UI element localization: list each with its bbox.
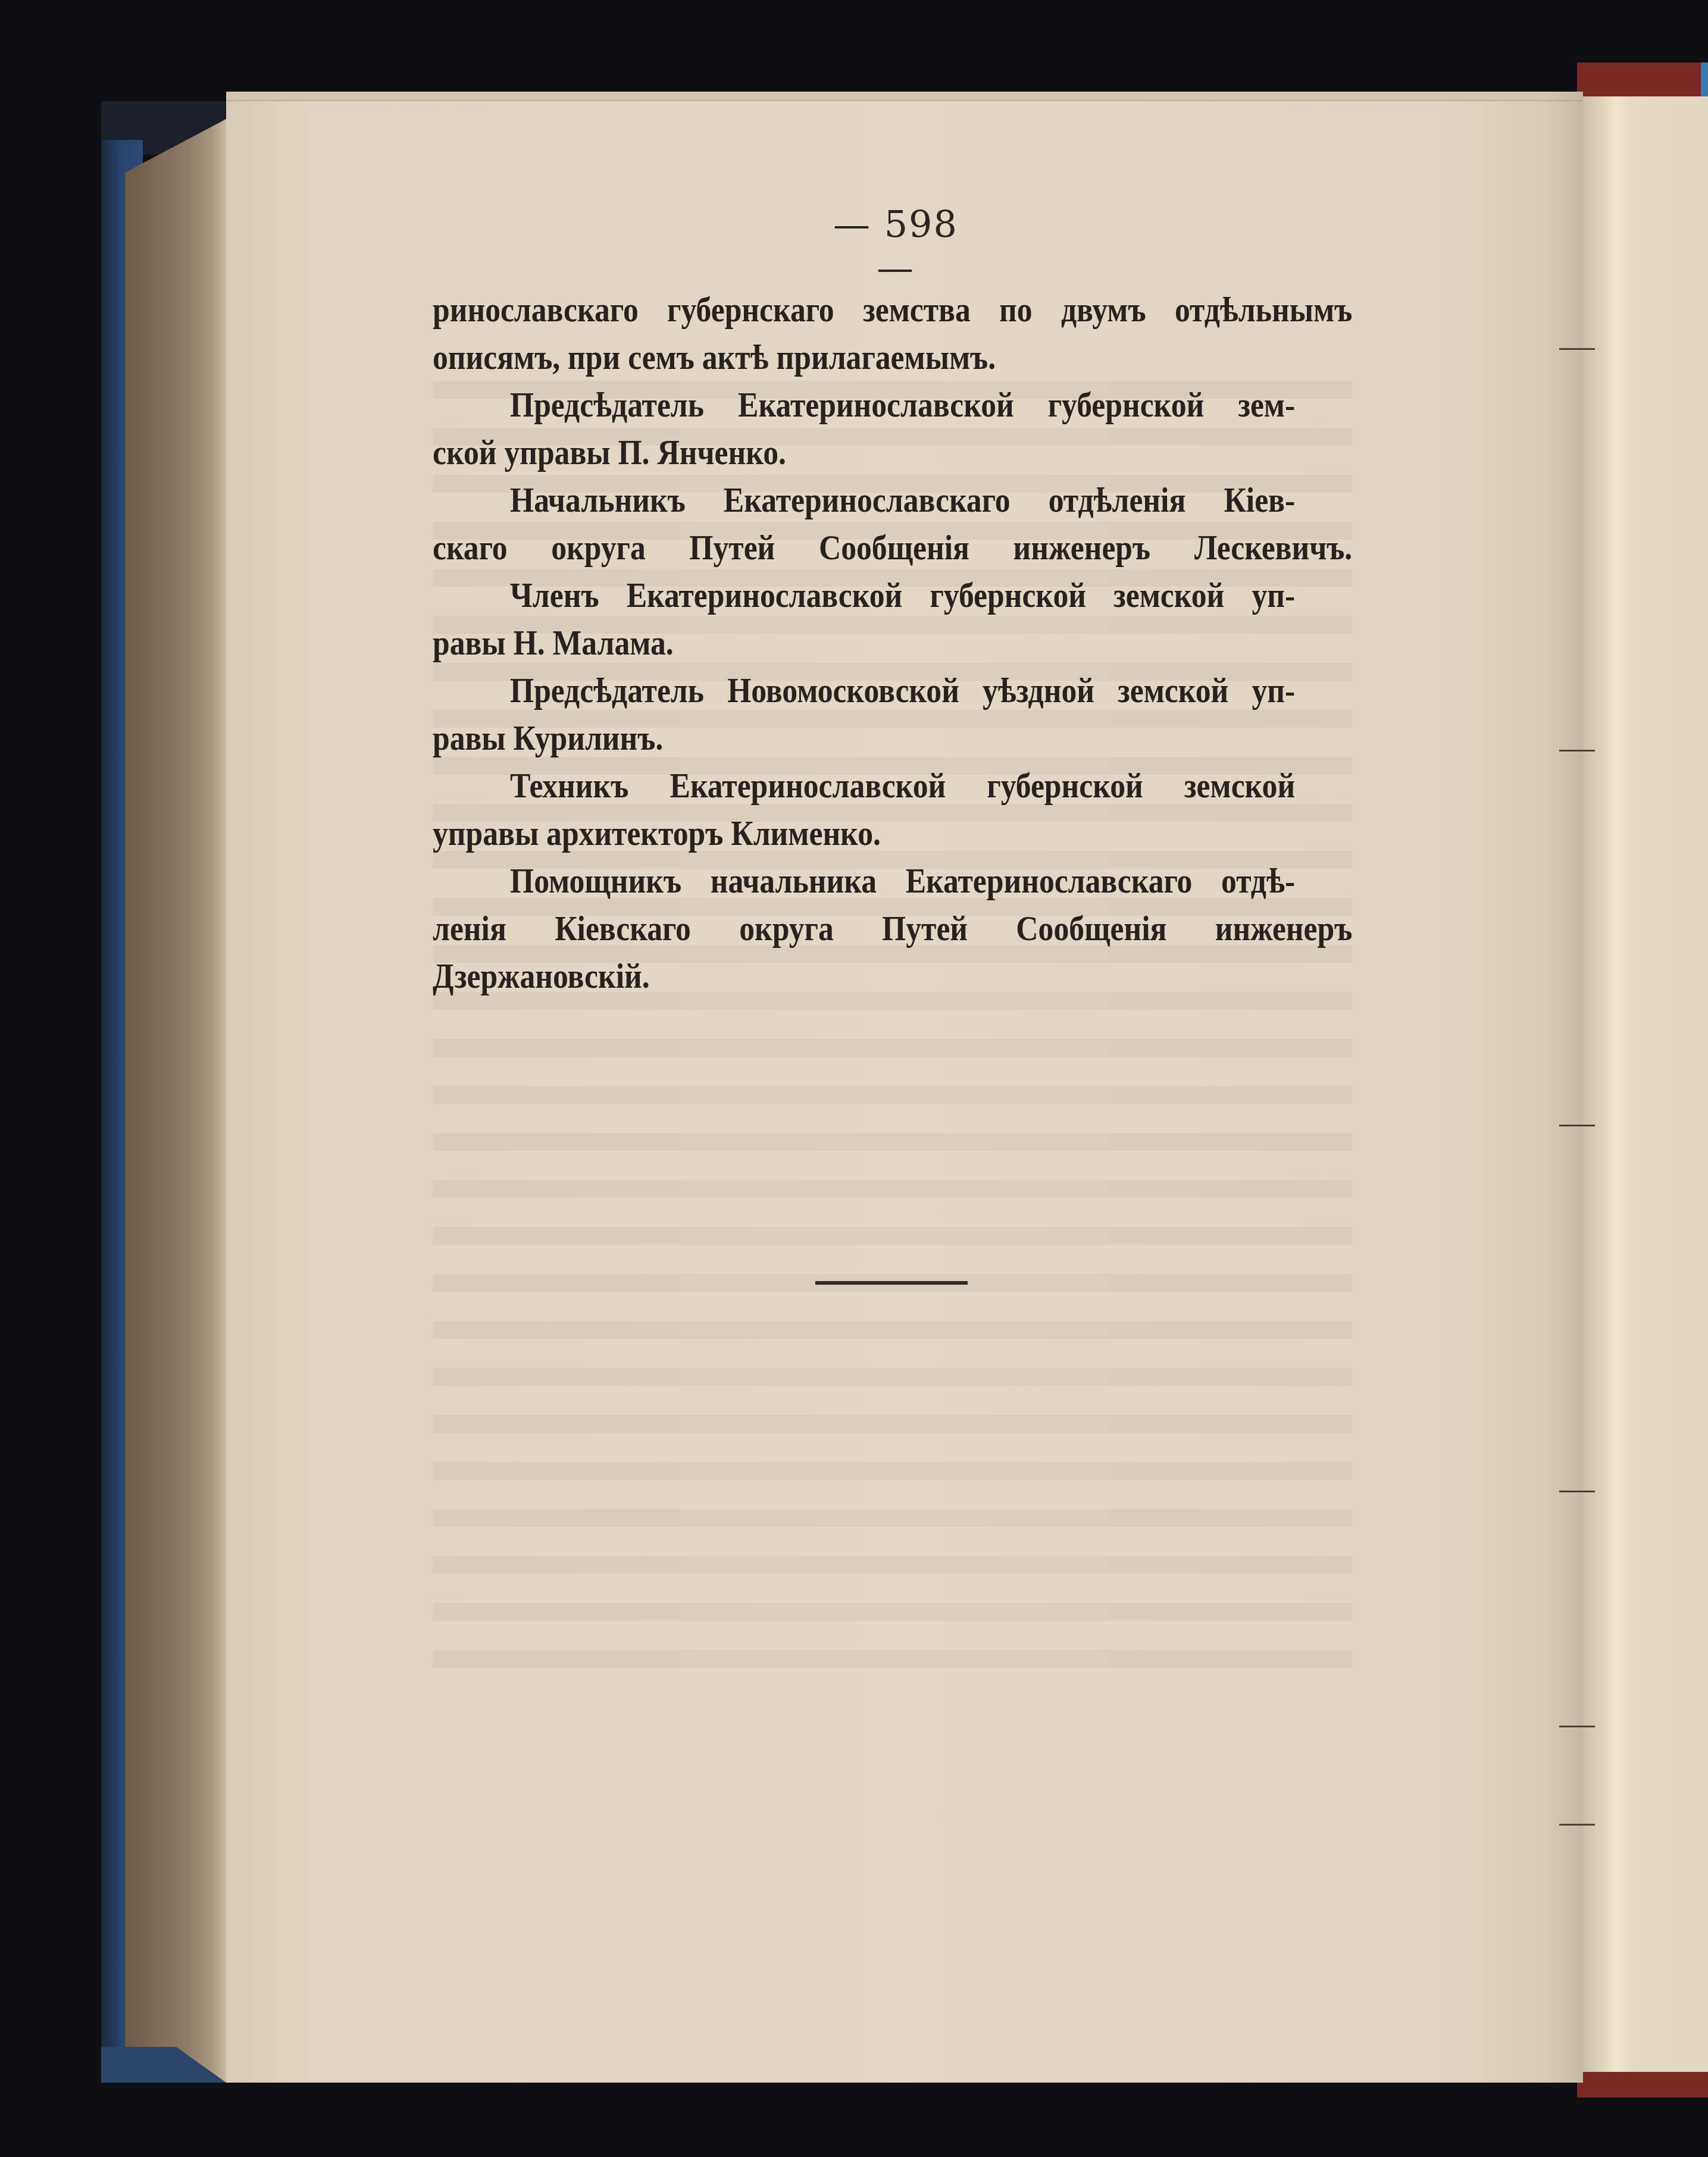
text-line: ленія Кiевскаго округа Путей Сообщенія и… xyxy=(433,904,1352,952)
text-line: равы Н. Малама. xyxy=(433,619,1352,666)
gutter-shadow xyxy=(1547,92,1583,2083)
text-line: Членъ Екатеринославской губернской земск… xyxy=(510,571,1295,619)
book-cover-right-accent xyxy=(1701,62,1708,98)
binding-stitch xyxy=(1559,348,1595,350)
paragraph-signatory-leskevich: Начальникъ Екатеринославскаго отдѣленія … xyxy=(433,476,1352,571)
text-line: Помощникъ начальника Екатеринославскаго … xyxy=(510,857,1295,904)
paragraph-signatory-yanchenko: Предсѣдатель Екатеринославской губернско… xyxy=(433,381,1352,476)
binding-stitch xyxy=(1559,1491,1595,1492)
text-line: равы Курилинъ. xyxy=(433,714,1352,762)
text-line: описямъ, при семъ актѣ прилагаемымъ. xyxy=(433,333,1352,381)
text-line: ской управы П. Янченко. xyxy=(433,428,1352,476)
binding-stitch xyxy=(1559,1726,1595,1727)
page-stack-edge xyxy=(125,119,226,2083)
paragraph-signatory-klimenko: Техникъ Екатеринославской губернской зем… xyxy=(433,762,1352,857)
text-line: ринославскаго губернскаго земства по дву… xyxy=(433,286,1352,333)
binding-stitch xyxy=(1559,1824,1595,1826)
text-line: Дзержановскiй. xyxy=(433,952,1352,1000)
text-line: скаго округа Путей Сообщенія инженеръ Ле… xyxy=(433,524,1352,571)
text-line: Предсѣдатель Новомосковской уѣздной земс… xyxy=(510,666,1295,714)
paragraph-signatory-kurilin: Предсѣдатель Новомосковской уѣздной земс… xyxy=(433,666,1352,762)
body-text: ринославскаго губернскаго земства по дву… xyxy=(433,286,1352,1000)
text-line: управы архитекторъ Клименко. xyxy=(433,809,1352,857)
facing-page-strip xyxy=(1580,96,1708,2072)
page-number: — 598 — xyxy=(815,202,976,289)
paragraph-continuation: ринославскаго губернскаго земства по дву… xyxy=(433,286,1352,381)
text-line: Начальникъ Екатеринославскаго отдѣленія … xyxy=(510,476,1295,524)
section-end-rule xyxy=(815,1281,968,1285)
paragraph-signatory-dzerzhanovsky: Помощникъ начальника Екатеринославскаго … xyxy=(433,857,1352,1000)
text-line: Предсѣдатель Екатеринославской губернско… xyxy=(510,381,1295,428)
binding-stitch xyxy=(1559,750,1595,752)
binding-stitch xyxy=(1559,1125,1595,1126)
paragraph-signatory-malama: Членъ Екатеринославской губернской земск… xyxy=(433,571,1352,666)
text-line: Техникъ Екатеринославской губернской зем… xyxy=(510,762,1295,809)
page-top-edge xyxy=(226,92,1583,101)
